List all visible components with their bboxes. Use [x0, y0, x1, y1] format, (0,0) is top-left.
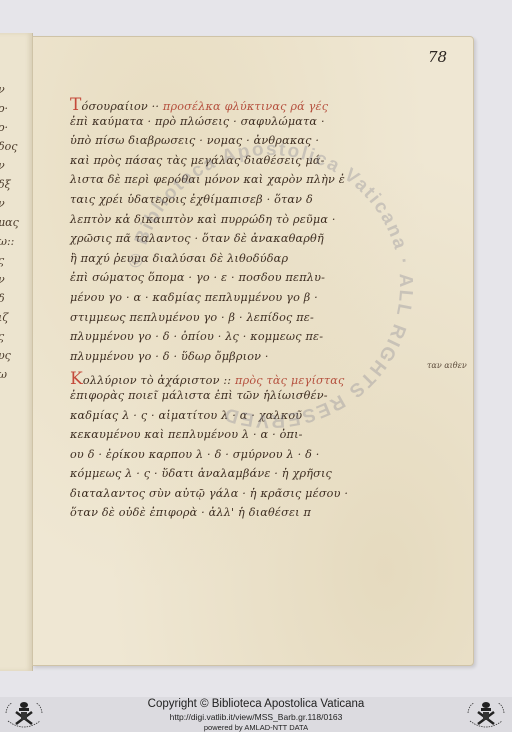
- manuscript-line: κεκαυμένου καὶ πεπλυμένου λ · α · ὀπι-: [70, 428, 430, 448]
- manuscript-line: ἢ παχύ ῥευμα διαλύσαι δὲ λιθοδύδαρ: [70, 252, 430, 272]
- manuscript-line: ὑπὸ πίσω διαβρωσεις · νομας · ἀνθρακας ·: [70, 134, 430, 154]
- facing-leaf-line-end: ν: [0, 159, 5, 172]
- line-text: πλυμμένου γο · δ · ὕδωρ ὄμβριον ·: [70, 350, 269, 363]
- footer: Copyright © Biblioteca Apostolica Vatica…: [0, 697, 512, 732]
- facing-leaf-line-end: ω::: [0, 235, 14, 248]
- manuscript-line: ου δ · ἐρίκου καρπου λ · δ · σμύρνου λ ·…: [70, 448, 430, 468]
- line-text: ἐπιφορὰς ποιεῖ μάλιστα ἐπὶ τῶν ἡλίωισθέν…: [70, 389, 328, 402]
- facing-leaf-line-end: δος: [0, 140, 17, 153]
- line-text: όσουραίιον ··: [82, 100, 163, 113]
- manuscript-line: χρῶσις πᾶ ταλαντος · ὅταν δὲ ἀνακαθαρθῆ: [70, 232, 430, 252]
- manuscript-line: διαταλαντος σὺν αὐτῷ γάλα · ἡ κρᾶσις μέσ…: [70, 487, 430, 507]
- manuscript-line: καὶ πρὸς πάσας τὰς μεγάλας διαθέσεις μά-: [70, 154, 430, 174]
- line-text: ἐπὶ σώματος ὅπομα · γο · ε · ποσδου πεπλ…: [70, 271, 325, 284]
- manuscript-line: ὅταν δὲ οὐδὲ ἐπιφορὰ · ἀλλ' ἡ διαθέσει π: [70, 506, 430, 526]
- line-text: ἐπὶ καύματα · πρὸ πλώσεις · σαφυλώματα ·: [70, 115, 325, 128]
- line-text: καὶ πρὸς πάσας τὰς μεγάλας διαθέσεις μά-: [70, 154, 325, 167]
- margin-note: ταν αιθεν: [427, 361, 467, 370]
- line-text: ὑπὸ πίσω διαβρωσεις · νομας · ἀνθρακας ·: [70, 134, 319, 147]
- line-text: ἢ παχύ ῥευμα διαλύσαι δὲ λιθοδύδαρ: [70, 252, 288, 265]
- folio-number: 78: [428, 48, 447, 66]
- copyright-text: Copyright © Biblioteca Apostolica Vatica…: [0, 698, 512, 710]
- manuscript-line: Τόσουραίιον ·· προσέλκα φλύκτινας ρά γές: [70, 95, 430, 115]
- vatican-library-logo-icon: [464, 699, 508, 731]
- manuscript-line: ἐπὶ σώματος ὅπομα · γο · ε · ποσδου πεπλ…: [70, 271, 430, 291]
- manuscript-line: πλυμμένου γο · δ · ὀπίου · λς · κομμεως …: [70, 330, 430, 350]
- line-text: στιμμεως πεπλυμένου γο · β · λεπίδος πε-: [70, 311, 314, 324]
- manuscript-line: ἐπιφορὰς ποιεῖ μάλιστα ἐπὶ τῶν ἡλίωισθέν…: [70, 389, 430, 409]
- facing-leaf-line-end: μας: [0, 216, 19, 229]
- facing-leaf-line-end: ιζ: [0, 311, 8, 324]
- line-text: λεπτὸν κἀ δικαιπτὸν καὶ πυρρώδη τὸ ρεῦμα…: [70, 213, 336, 226]
- line-text: χρῶσις πᾶ ταλαντος · ὅταν δὲ ἀνακαθαρθῆ: [70, 232, 324, 245]
- line-text: ου δ · ἐρίκου καρπου λ · δ · σμύρνου λ ·…: [70, 448, 320, 461]
- facing-leaf-line-end: ν: [0, 83, 5, 96]
- line-text: λιστα δὲ περὶ φερόθαι μόνον καὶ χαρὸν πλ…: [70, 173, 345, 186]
- manuscript-line: πλυμμένου γο · δ · ὕδωρ ὄμβριον ·: [70, 350, 430, 370]
- line-text: καδμίας λ · ς · αἱματίτου λ · α · χαλκοῦ: [70, 409, 302, 422]
- facing-leaf-line-end: ρ·: [0, 121, 8, 134]
- facing-leaf-line-end: δξ: [0, 178, 11, 191]
- facing-leaf-line-end: ς: [0, 330, 4, 343]
- facing-leaf-line-end: ρ·: [0, 102, 8, 115]
- facing-leaf-edge: νρ·ρ·δοςνδξνμαςω::ςνδιζςυςω: [0, 33, 33, 671]
- manuscript-line: λεπτὸν κἀ δικαιπτὸν καὶ πυρρώδη τὸ ρεῦμα…: [70, 213, 430, 233]
- line-text: πλυμμένου γο · δ · ὀπίου · λς · κομμεως …: [70, 330, 323, 343]
- facing-leaf-line-end: ς: [0, 254, 4, 267]
- facing-leaf-line-end: υς: [0, 349, 11, 362]
- facing-leaf-line-end: δ: [0, 292, 5, 305]
- manuscript-line: καδμίας λ · ς · αἱματίτου λ · α · χαλκοῦ: [70, 409, 430, 429]
- rubricated-initial: Κ: [70, 369, 83, 389]
- manuscript-line: στιμμεως πεπλυμένου γο · β · λεπίδος πε-: [70, 311, 430, 331]
- rubricated-initial: Τ: [70, 95, 82, 115]
- manuscript-url-link[interactable]: http://digi.vatlib.it/view/MSS_Barb.gr.1…: [0, 712, 512, 722]
- line-text: μένου γο · α · καδμίας πεπλυμμένου γο β …: [70, 291, 318, 304]
- line-text: ολλύριον τὸ ἀχάριστον ::: [83, 374, 235, 387]
- rubric-text: προσέλκα φλύκτινας ρά γές: [163, 100, 328, 113]
- manuscript-viewer[interactable]: νρ·ρ·δοςνδξνμαςω::ςνδιζςυςω 78 Τόσουραίι…: [0, 0, 512, 697]
- line-text: διαταλαντος σὺν αὐτῷ γάλα · ἡ κρᾶσις μέσ…: [70, 487, 348, 500]
- manuscript-line: λιστα δὲ περὶ φερόθαι μόνον καὶ χαρὸν πλ…: [70, 173, 430, 193]
- facing-leaf-line-end: ν: [0, 197, 5, 210]
- manuscript-line: ταις χρέι ὑδατεροις ἐχθίμαπισεβ · ὅταν δ: [70, 193, 430, 213]
- line-text: κεκαυμένου καὶ πεπλυμένου λ · α · ὀπι-: [70, 428, 303, 441]
- manuscript-text-block: Τόσουραίιον ·· προσέλκα φλύκτινας ρά γές…: [70, 95, 430, 526]
- line-text: ταις χρέι ὑδατεροις ἐχθίμαπισεβ · ὅταν δ: [70, 193, 313, 206]
- line-text: κόμμεως λ · ς · ὕδατι ἀναλαμβάνε · ἡ χρῆ…: [70, 467, 332, 480]
- manuscript-line: Κολλύριον τὸ ἀχάριστον :: πρὸς τὰς μεγίσ…: [70, 369, 430, 389]
- manuscript-line: μένου γο · α · καδμίας πεπλυμμένου γο β …: [70, 291, 430, 311]
- powered-by-text: powered by AMLAD-NTT DATA: [0, 723, 512, 732]
- facing-leaf-line-end: ν: [0, 273, 5, 286]
- manuscript-line: κόμμεως λ · ς · ὕδατι ἀναλαμβάνε · ἡ χρῆ…: [70, 467, 430, 487]
- line-text: ὅταν δὲ οὐδὲ ἐπιφορὰ · ἀλλ' ἡ διαθέσει π: [70, 506, 311, 519]
- rubric-text: πρὸς τὰς μεγίστας: [235, 374, 344, 387]
- manuscript-line: ἐπὶ καύματα · πρὸ πλώσεις · σαφυλώματα ·: [70, 115, 430, 135]
- facing-leaf-line-end: ω: [0, 368, 7, 381]
